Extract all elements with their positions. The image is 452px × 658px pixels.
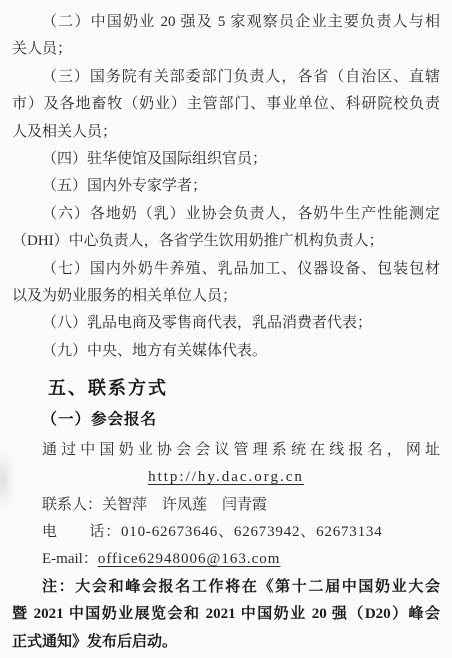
attendee-item-line: （二）中国奶业 20 强及 5 家观察员企业主要负责人与相	[12, 9, 440, 36]
note-line: 正式通知》发布后启动。	[12, 629, 440, 656]
attendee-item-line: 关人员；	[12, 36, 440, 63]
attendee-item-line: （四）驻华使馆及国际组织官员；	[12, 146, 440, 173]
attendee-item-line: （七）国内外奶牛养殖、乳品加工、仪器设备、包装包材	[12, 256, 440, 283]
attendee-item-line: 人及相关人员；	[12, 119, 440, 146]
phone-line: 电 话：010-62673646、62673942、62673134	[12, 519, 440, 546]
email-link[interactable]: office62948006@163.com	[98, 551, 281, 567]
scanned-notice-page: （二）中国奶业 20 强及 5 家观察员企业主要负责人与相 关人员； （三）国务…	[0, 0, 452, 658]
registration-sentence: 通过中国奶业协会会议管理系统在线报名，网址	[12, 437, 440, 464]
section-heading-contact: 五、联系方式	[12, 374, 440, 402]
attendee-item-line: 以及为奶业服务的相关单位人员；	[12, 283, 440, 310]
attendee-item-line: 市）及各地畜牧（奶业）主管部门、事业单位、科研院校负责	[12, 91, 440, 118]
registration-url-line: http://hy.dac.org.cn	[12, 464, 440, 491]
email-label: E-mail：	[42, 551, 98, 567]
attendee-item-line: （八）乳品电商及零售商代表，乳品消费者代表；	[12, 310, 440, 337]
registration-url-link[interactable]: http://hy.dac.org.cn	[148, 469, 304, 485]
attendee-item-line: （DHI）中心负责人，各省学生饮用奶推广机构负责人；	[12, 228, 440, 255]
note-line: 注：大会和峰会报名工作将在《第十二届中国奶业大会	[12, 574, 440, 601]
attendee-item-line: （六）各地奶（乳）业协会负责人，各奶牛生产性能测定	[12, 201, 440, 228]
subsection-heading-registration: （一）参会报名	[12, 406, 440, 433]
email-line: E-mail：office62948006@163.com	[12, 546, 440, 573]
attendee-item-line: （五）国内外专家学者；	[12, 173, 440, 200]
note-line: 暨 2021 中国奶业展览会和 2021 中国奶业 20 强（D20）峰会	[12, 601, 440, 628]
attendee-item-line: （三）国务院有关部委部门负责人，各省（自治区、直辖	[12, 64, 440, 91]
attendee-item-line: （九）中央、地方有关媒体代表。	[12, 338, 440, 365]
contact-persons-line: 联系人：关智萍 许凤莲 闫青霞	[12, 492, 440, 519]
